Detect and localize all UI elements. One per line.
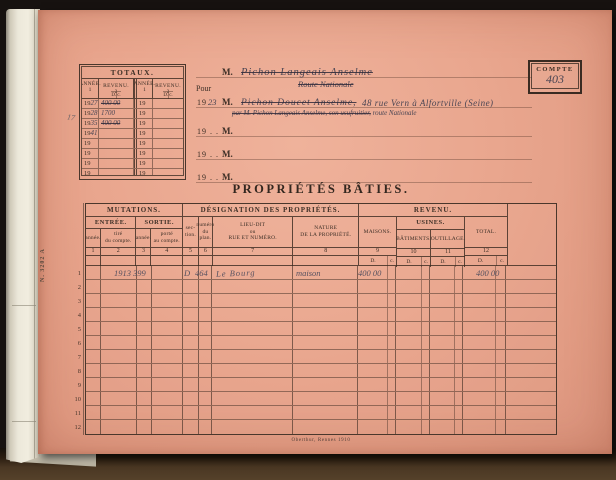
- totaux-annee-cell: 1941: [82, 129, 99, 138]
- totaux-revenu-cell: 400 00: [99, 119, 134, 128]
- table-cell: [101, 322, 137, 335]
- col-numero-plan: numéroduplan. 6: [199, 217, 213, 266]
- totaux-revenu-header-2: REVENU. 2 D. c.: [153, 79, 183, 98]
- table-cell: [463, 308, 496, 321]
- table-cell: [137, 308, 152, 321]
- entry-plan-number: 464: [195, 268, 208, 278]
- designation-band: DÉSIGNATION DES PROPRIÉTÉS.: [183, 204, 358, 217]
- table-cell: [388, 336, 396, 349]
- table-body-row: [86, 392, 556, 406]
- row-number: 4: [66, 309, 81, 323]
- table-cell: [199, 406, 213, 419]
- table-cell: [199, 294, 213, 307]
- table-cell: [152, 322, 183, 335]
- table-cell: [212, 364, 293, 377]
- table-cell: [463, 322, 496, 335]
- blank-end-column: [508, 204, 556, 265]
- table-body-row: [86, 378, 556, 392]
- row-number: 11: [66, 407, 81, 421]
- totaux-annee-cell: 1927: [82, 99, 99, 108]
- table-cell: [506, 322, 556, 335]
- table-cell: [422, 378, 430, 391]
- totaux-row: 1928170019: [82, 109, 183, 119]
- table-cell: [396, 322, 422, 335]
- table-cell: [86, 336, 101, 349]
- year-handwritten: 35: [91, 119, 98, 127]
- table-cell: [358, 406, 388, 419]
- year-handwritten: 41: [91, 129, 98, 137]
- table-cell: [358, 420, 388, 434]
- entry-lieu-dit: Le Bourg: [216, 267, 256, 278]
- table-body-row: [86, 364, 556, 378]
- totaux-row: 1919: [82, 149, 183, 159]
- table-cell: [396, 378, 422, 391]
- totaux-annee-cell: 19: [82, 149, 99, 158]
- totaux-row: 1927400 0019: [82, 99, 183, 109]
- year-handwritten: 23: [208, 97, 217, 107]
- table-cell: [152, 420, 183, 434]
- year-printed: 19: [139, 110, 146, 117]
- table-cell: [293, 364, 358, 377]
- table-cell: [86, 406, 101, 419]
- table-cell: [396, 308, 422, 321]
- revenu-handwritten: 1700: [101, 109, 115, 117]
- table-cell: [293, 392, 358, 405]
- usines-subheader: USINES.: [397, 217, 464, 230]
- table-cell: [199, 308, 213, 321]
- table-cell: [101, 420, 137, 434]
- totaux-annee-cell: 19: [137, 149, 153, 158]
- table-cell: [101, 392, 137, 405]
- table-body-row: [86, 322, 556, 336]
- totaux-revenu-cell: [153, 129, 183, 138]
- year-printed: 19: [139, 170, 146, 176]
- totaux-annee-cell: 1935: [82, 119, 99, 128]
- revenu-group: REVENU. MAISONS. 9 D.c. USINES. BÂTIMENT…: [359, 204, 508, 265]
- totaux-revenu-cell: [153, 169, 183, 176]
- printer-mark: Oberthur, Rennes 1910: [85, 438, 557, 443]
- table-cell: [152, 294, 183, 307]
- table-cell: [455, 420, 463, 434]
- table-cell: [152, 308, 183, 321]
- table-cell: [388, 406, 396, 419]
- table-cell: [137, 392, 152, 405]
- table-cell: [101, 336, 137, 349]
- table-cell: [358, 336, 388, 349]
- table-cell: [183, 392, 199, 405]
- table-body-row: [86, 336, 556, 350]
- table-cell: [430, 350, 456, 363]
- col-maisons: MAISONS. 9 D.c.: [359, 217, 397, 267]
- row-number: 8: [66, 365, 81, 379]
- table-cell: [506, 294, 556, 307]
- entry-nature: maison: [296, 268, 321, 278]
- totaux-annee-cell: 1928: [82, 109, 99, 118]
- year-printed: 19: [139, 100, 146, 107]
- table-cell: [455, 364, 463, 377]
- entree-subheader: ENTRÉE.: [86, 217, 136, 228]
- table-cell: [293, 406, 358, 419]
- table-cell: [199, 336, 213, 349]
- totaux-title: TOTAUX.: [82, 67, 183, 79]
- col-total: TOTAL. 12 D.c.: [465, 217, 507, 267]
- table-cell: [101, 308, 137, 321]
- table-cell: [358, 364, 388, 377]
- table-cell: [293, 294, 358, 307]
- owner-line-2-sub: par M. Pichon Langeais Anselme, son usuf…: [232, 109, 417, 117]
- table-cell: [396, 364, 422, 377]
- table-cell: [455, 336, 463, 349]
- table-cell: [422, 336, 430, 349]
- col-annee-sortie: année. 3: [136, 229, 151, 266]
- table-cell: [455, 294, 463, 307]
- table-cell: [183, 378, 199, 391]
- table-cell: [293, 420, 358, 434]
- table-cell: [101, 378, 137, 391]
- table-cell: [199, 420, 213, 434]
- table-cell: [358, 392, 388, 405]
- table-cell: [183, 308, 199, 321]
- table-cell: [396, 406, 422, 419]
- table-cell: [396, 336, 422, 349]
- table-cell: [212, 406, 293, 419]
- row-number: 12: [66, 421, 81, 435]
- year-printed: 19: [84, 160, 91, 167]
- page-edge-line: [12, 305, 36, 306]
- table-cell: [506, 308, 556, 321]
- table-header: MUTATIONS. ENTRÉE. SORTIE. année. 1 tiré…: [86, 204, 556, 266]
- year-printed: 19: [139, 130, 146, 137]
- table-cell: [463, 392, 496, 405]
- table-cell: [422, 294, 430, 307]
- col-batiments: BÂTIMENTS. 10 D.c.: [397, 230, 431, 267]
- totaux-annee-cell: 19: [137, 129, 153, 138]
- table-cell: [358, 322, 388, 335]
- table-cell: [388, 294, 396, 307]
- row-number: 2: [66, 281, 81, 295]
- table-cell: [86, 378, 101, 391]
- table-cell: [396, 392, 422, 405]
- table-cell: [496, 294, 506, 307]
- table-cell: [358, 378, 388, 391]
- table-cell: [430, 364, 456, 377]
- table-cell: [101, 406, 137, 419]
- m-label: M.: [222, 172, 233, 182]
- table-cell: [137, 364, 152, 377]
- row-number: 1: [66, 267, 81, 281]
- table-cell: [388, 322, 396, 335]
- usines-group: USINES. BÂTIMENTS. 10 D.c. OUTILLAGE. 11: [397, 217, 465, 267]
- previous-pages-edge: [6, 9, 40, 463]
- table-body-row: [86, 294, 556, 308]
- totaux-revenu-cell: [99, 159, 134, 168]
- entry-porte-compte: 399: [133, 268, 146, 278]
- totaux-annee-cell: 19: [137, 109, 153, 118]
- totaux-revenu-cell: [99, 139, 134, 148]
- table-cell: [293, 322, 358, 335]
- table-cell: [137, 406, 152, 419]
- totaux-row: 1935400 0019: [82, 119, 183, 129]
- table-cell: [396, 350, 422, 363]
- table-cell: [137, 336, 152, 349]
- row-number: 7: [66, 351, 81, 365]
- table-cell: [86, 364, 101, 377]
- table-cell: [455, 378, 463, 391]
- table-cell: [86, 322, 101, 335]
- table-cell: [496, 378, 506, 391]
- table-cell: [430, 420, 456, 434]
- owner-line-3: 19 . . M.: [196, 124, 532, 137]
- m-label: M.: [222, 67, 233, 77]
- table-cell: [101, 294, 137, 307]
- table-cell: [212, 392, 293, 405]
- table-cell: [137, 322, 152, 335]
- register-page: N. 3202 A 17 TOTAUX. ANNÉE. 1 REVENU. 2: [38, 10, 612, 454]
- table-cell: [463, 378, 496, 391]
- totaux-revenu-cell: [99, 169, 134, 176]
- table-cell: [463, 350, 496, 363]
- totaux-revenu-cell: [153, 99, 183, 108]
- table-cell: [430, 294, 456, 307]
- c-subheader: c.: [117, 92, 120, 99]
- pour-label: Pour: [196, 84, 211, 93]
- table-cell: [183, 322, 199, 335]
- compte-box: COMPTE 403: [528, 60, 582, 94]
- totaux-row: 1919: [82, 139, 183, 149]
- table-cell: [137, 294, 152, 307]
- year-printed: 19: [139, 120, 146, 127]
- table-cell: [199, 364, 213, 377]
- compte-number: 403: [532, 73, 578, 86]
- totaux-revenu-cell: [153, 149, 183, 158]
- table-cell: [212, 308, 293, 321]
- table-cell: [422, 322, 430, 335]
- table-cell: [86, 350, 101, 363]
- owner-line-1-sub: Route Nationale: [298, 79, 353, 89]
- section-title: PROPRIÉTÉS BÂTIES.: [85, 182, 557, 197]
- revenu-handwritten: 400 00: [101, 99, 120, 107]
- year-printed: 19: [139, 140, 146, 147]
- table-cell: [388, 364, 396, 377]
- owner-name-1: Pichon Langeais Anselme: [241, 67, 373, 78]
- totaux-row: 1919: [82, 169, 183, 176]
- table-body-row: [86, 280, 556, 294]
- table-cell: [388, 378, 396, 391]
- table-body-row: [86, 308, 556, 322]
- entry-tire-compte: 1913: [114, 268, 131, 278]
- table-cell: [212, 420, 293, 434]
- table-cell: [293, 350, 358, 363]
- margin-pencil-mark: 17: [66, 112, 75, 122]
- table-cell: [422, 392, 430, 405]
- table-cell: [152, 336, 183, 349]
- table-cell: [212, 322, 293, 335]
- scanned-register-scene: N. 3202 A 17 TOTAUX. ANNÉE. 1 REVENU. 2: [0, 0, 616, 480]
- table-cell: [506, 406, 556, 419]
- table-cell: [396, 294, 422, 307]
- table-cell: [183, 350, 199, 363]
- table-cell: [199, 392, 213, 405]
- table-cell: [212, 336, 293, 349]
- entry-row-handwriting: 1913 399 D 464 Le Bourg maison 400 00 40…: [86, 266, 556, 282]
- table-cell: [86, 420, 101, 434]
- table-cell: [199, 350, 213, 363]
- table-cell: [388, 308, 396, 321]
- table-cell: [101, 350, 137, 363]
- table-cell: [506, 378, 556, 391]
- table-cell: [496, 420, 506, 434]
- table-cell: [358, 308, 388, 321]
- table-cell: [506, 364, 556, 377]
- totaux-annee-cell: 19: [137, 169, 153, 176]
- row-number-gutter: 123456789101112: [66, 267, 81, 435]
- year-printed: 19: [84, 170, 91, 176]
- totaux-revenu-cell: [153, 109, 183, 118]
- owner-name-2-struck: Pichon Doucet Anselme,: [241, 98, 356, 108]
- totaux-annee-cell: 19: [137, 119, 153, 128]
- table-cell: [496, 308, 506, 321]
- revenu-handwritten: 400 00: [101, 119, 120, 127]
- m-label: M.: [222, 97, 233, 107]
- totaux-annee-header: ANNÉE. 1: [82, 79, 99, 98]
- c-subheader: c.: [169, 92, 172, 99]
- table-cell: [455, 350, 463, 363]
- year-printed: 19: [139, 150, 146, 157]
- table-cell: [293, 308, 358, 321]
- table-cell: [183, 406, 199, 419]
- owner-name-2-rest: 48 rue Vern à Alfortville (Seine): [362, 98, 494, 108]
- table-cell: [463, 364, 496, 377]
- year-printed: 19: [139, 160, 146, 167]
- mutations-band: MUTATIONS.: [86, 204, 182, 217]
- col-tire-du-compte: tirédu compte. 2: [101, 229, 136, 266]
- table-cell: [430, 406, 456, 419]
- page-edge-line: [12, 421, 36, 422]
- totaux-annee-header-2: ANNÉE. 1: [137, 79, 153, 98]
- table-cell: [137, 420, 152, 434]
- owner-line-1: M. Pichon Langeais Anselme: [196, 65, 532, 78]
- table-cell: [496, 322, 506, 335]
- table-cell: [152, 392, 183, 405]
- table-cell: [86, 392, 101, 405]
- table-cell: [463, 294, 496, 307]
- table-cell: [463, 406, 496, 419]
- mutations-group: MUTATIONS. ENTRÉE. SORTIE. année. 1 tiré…: [86, 204, 183, 265]
- table-cell: [496, 350, 506, 363]
- owners-block: M. Pichon Langeais Anselme Route Nationa…: [196, 62, 576, 192]
- table-cell: [388, 420, 396, 434]
- table-cell: [422, 420, 430, 434]
- table-cell: [463, 336, 496, 349]
- table-cell: [388, 350, 396, 363]
- table-body-row: [86, 406, 556, 420]
- table-cell: [506, 392, 556, 405]
- table-cell: [430, 336, 456, 349]
- col-outillage: OUTILLAGE. 11 D.c.: [431, 230, 465, 267]
- totaux-row: 194119: [82, 129, 183, 139]
- table-cell: [212, 294, 293, 307]
- table-cell: [152, 406, 183, 419]
- col-nature: NATUREDE LA PROPRIÉTÉ. 8: [293, 217, 358, 266]
- totaux-annee-cell: 19: [137, 139, 153, 148]
- table-cell: [212, 350, 293, 363]
- table-cell: [293, 336, 358, 349]
- table-cell: [388, 392, 396, 405]
- table-cell: [506, 336, 556, 349]
- table-cell: [137, 378, 152, 391]
- table-cell: [86, 308, 101, 321]
- year-printed: 19: [197, 98, 207, 107]
- table-cell: [101, 364, 137, 377]
- totaux-rows: 1927400 001919281700191935400 0019194119…: [82, 99, 183, 176]
- owner-line-2: 19 23 M. Pichon Doucet Anselme, 48 rue V…: [196, 95, 532, 108]
- form-number-label: N. 3202 A: [40, 248, 46, 282]
- designation-group: DÉSIGNATION DES PROPRIÉTÉS. sec-tion. 5 …: [183, 204, 359, 265]
- table-cell: [396, 420, 422, 434]
- table-cell: [463, 420, 496, 434]
- entry-total-value: 400 00: [476, 268, 499, 278]
- entry-section: D: [184, 268, 190, 278]
- table-cell: [496, 364, 506, 377]
- totaux-table: TOTAUX. ANNÉE. 1 REVENU. 2 D. c.: [79, 64, 186, 180]
- table-cell: [496, 392, 506, 405]
- row-number: 6: [66, 337, 81, 351]
- totaux-header: ANNÉE. 1 REVENU. 2 D. c.: [82, 79, 183, 99]
- table-cell: [199, 322, 213, 335]
- year-handwritten: 28: [91, 109, 98, 117]
- table-cell: [293, 378, 358, 391]
- table-cell: [183, 364, 199, 377]
- col-lieu-dit: LIEU-DITouRUE ET NUMÉRO. 7: [213, 217, 294, 266]
- table-cell: [422, 406, 430, 419]
- row-number: 10: [66, 393, 81, 407]
- col-porte-au-compte: portéau compte. 4: [151, 229, 182, 266]
- table-cell: [358, 350, 388, 363]
- table-body-row: [86, 350, 556, 364]
- year-printed: 19: [84, 140, 91, 147]
- totaux-annee-cell: 19: [137, 159, 153, 168]
- totaux-revenu-cell: [153, 139, 183, 148]
- table-body: 1913 399 D 464 Le Bourg maison 400 00 40…: [86, 266, 556, 434]
- year-handwritten: 27: [91, 99, 98, 107]
- sortie-subheader: SORTIE.: [136, 217, 182, 228]
- table-body-row: [86, 420, 556, 434]
- entry-maisons-value: 400 00: [358, 268, 381, 278]
- table-cell: [455, 322, 463, 335]
- totaux-annee-cell: 19: [82, 139, 99, 148]
- table-cell: [152, 350, 183, 363]
- totaux-revenu-cell: 400 00: [99, 99, 134, 108]
- table-cell: [86, 294, 101, 307]
- col-annee-entree: année. 1: [86, 229, 101, 266]
- m-label: M.: [222, 126, 233, 136]
- totaux-revenu-cell: [153, 159, 183, 168]
- row-number: 5: [66, 323, 81, 337]
- table-cell: [137, 350, 152, 363]
- table-cell: [455, 308, 463, 321]
- owner-line-4: 19 . . M.: [196, 147, 532, 160]
- table-cell: [430, 322, 456, 335]
- table-cell: [152, 364, 183, 377]
- totaux-annee-cell: 19: [137, 99, 153, 108]
- totaux-revenu-cell: 1700: [99, 109, 134, 118]
- table-cell: [496, 406, 506, 419]
- table-cell: [455, 392, 463, 405]
- year-printed: 19: [84, 150, 91, 157]
- table-cell: [430, 378, 456, 391]
- row-number: 9: [66, 379, 81, 393]
- table-cell: [506, 350, 556, 363]
